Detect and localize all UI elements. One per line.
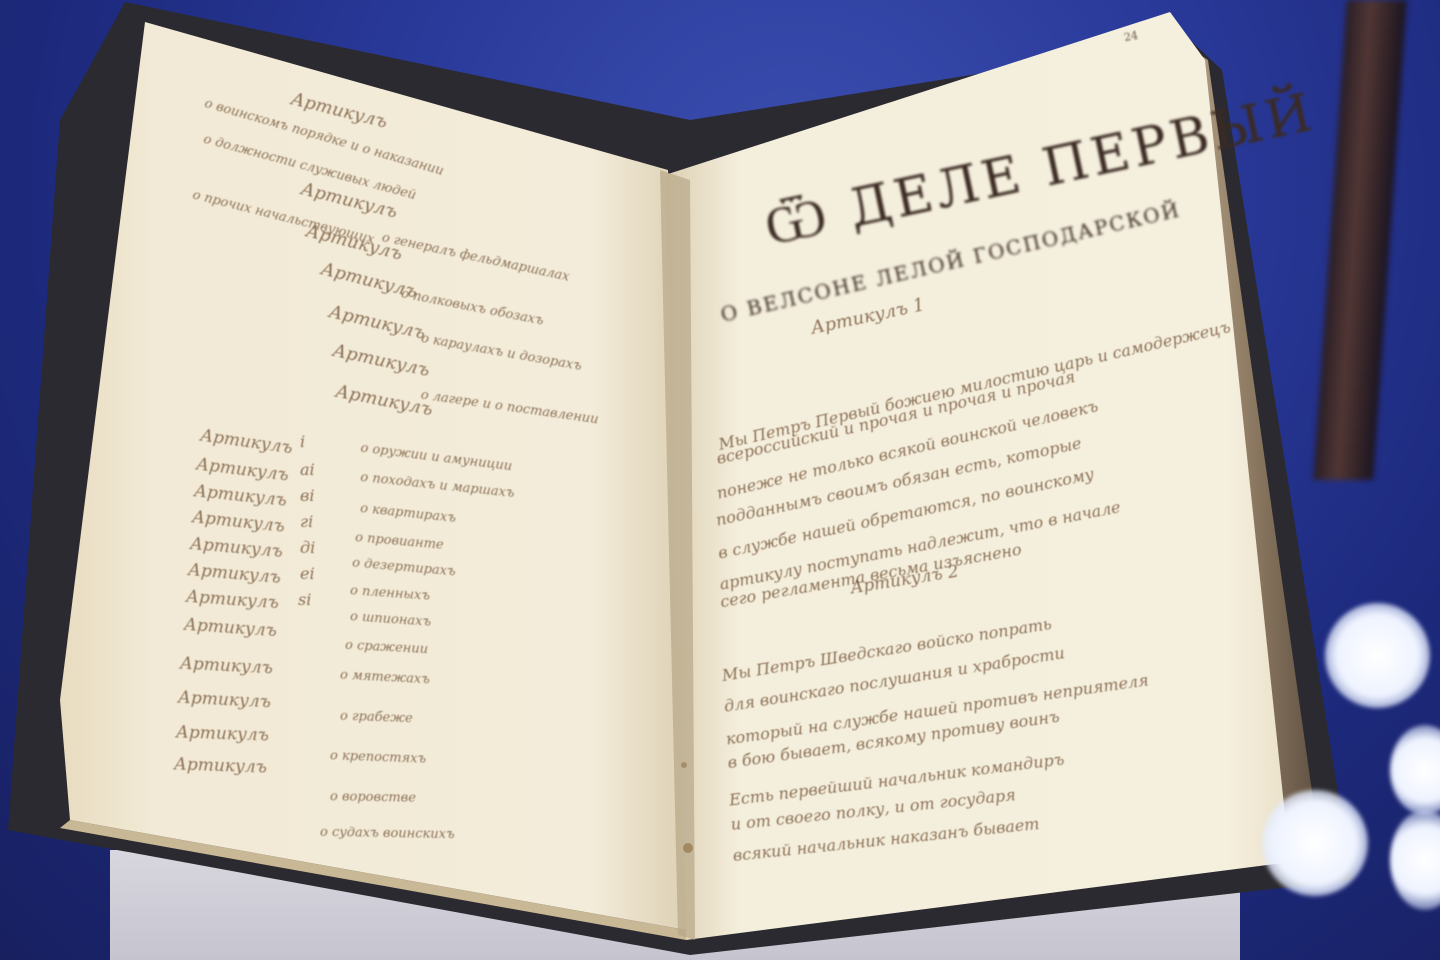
index-note: о судахъ воинскихъ [320, 825, 455, 842]
index-entry: Артикулъ [174, 754, 268, 777]
index-number: ді [300, 538, 315, 557]
index-note: о грабеже [340, 709, 413, 727]
index-number: ві [300, 486, 314, 505]
bokeh-light [1325, 603, 1430, 708]
bokeh-light [1262, 790, 1368, 896]
index-number: ѕі [298, 590, 311, 609]
photo-scene: Ѿ ДЕЛЕ ПЕРВЫЙ О ВЕЛСОНЕ ЛЕЛОЙ ГОСПОДАРСК… [0, 0, 1440, 960]
page-number: 24 [1123, 29, 1139, 44]
index-number: гі [300, 512, 313, 531]
index-number: еі [300, 564, 315, 583]
index-number: і [300, 432, 305, 451]
index-number: аі [300, 460, 315, 479]
index-note: о воровстве [330, 789, 416, 805]
index-entry: Артикулъ [176, 722, 270, 745]
